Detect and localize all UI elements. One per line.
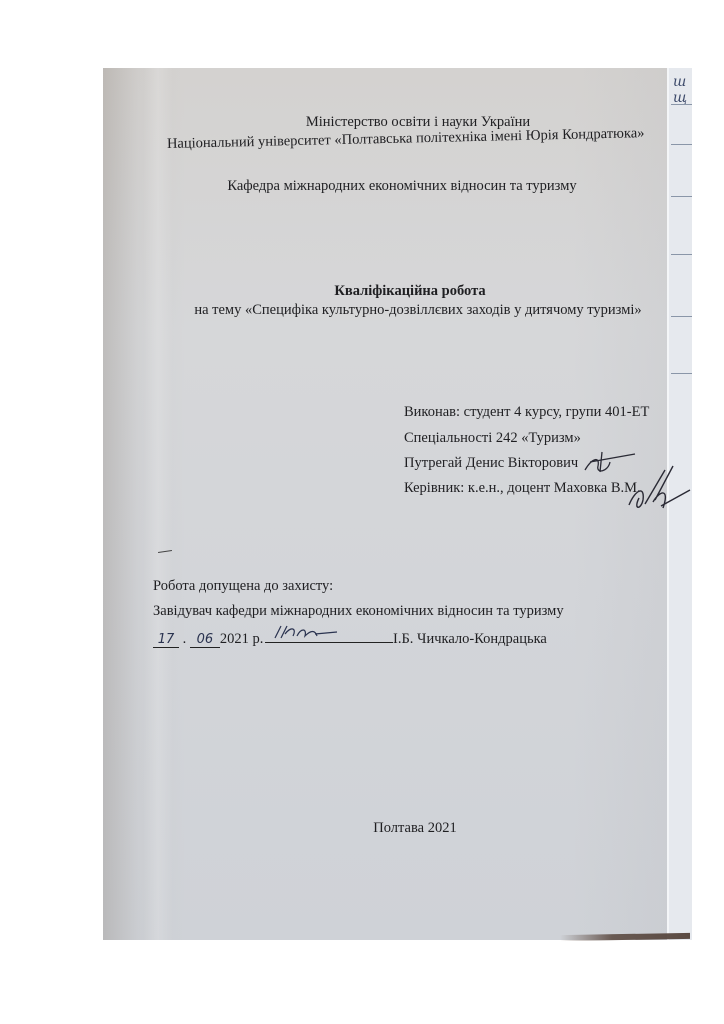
head-of-department-title: Завідувач кафедри міжнародних економічни…: [153, 603, 564, 620]
head-signature-line: [265, 628, 393, 643]
student-name: Путрегай Денис Вікторович: [404, 455, 578, 472]
approval-day: 17: [153, 632, 179, 648]
date-separator: .: [183, 631, 187, 647]
city-year: Полтава 2021: [373, 820, 456, 837]
approval-year: 2021 р.: [220, 631, 264, 647]
supervisor: Керівник: к.е.н., доцент Маховка В.М.: [404, 480, 641, 497]
approval-month: 06: [190, 632, 220, 648]
supervisor-signature: [625, 460, 695, 520]
performed-by: Виконав: студент 4 курсу, групи 401-ЕТ: [404, 404, 649, 421]
thesis-topic: на тему «Специфіка культурно-дозвіллєвих…: [194, 302, 641, 319]
approval-date-line: 17 . 062021 р. І.Б. Чичкало-Кондрацька: [153, 628, 547, 648]
head-signature: [271, 622, 341, 644]
document-photo: [103, 68, 690, 940]
notebook-handwriting: ш щ: [673, 74, 687, 106]
admitted-to-defense: Робота допущена до захисту:: [153, 578, 333, 595]
head-name: І.Б. Чичкало-Кондрацька: [393, 631, 547, 647]
work-type-title: Кваліфікаційна робота: [334, 283, 485, 300]
department-line: Кафедра міжнародних економічних відносин…: [227, 178, 576, 195]
specialty: Спеціальності 242 «Туризм»: [404, 430, 581, 447]
